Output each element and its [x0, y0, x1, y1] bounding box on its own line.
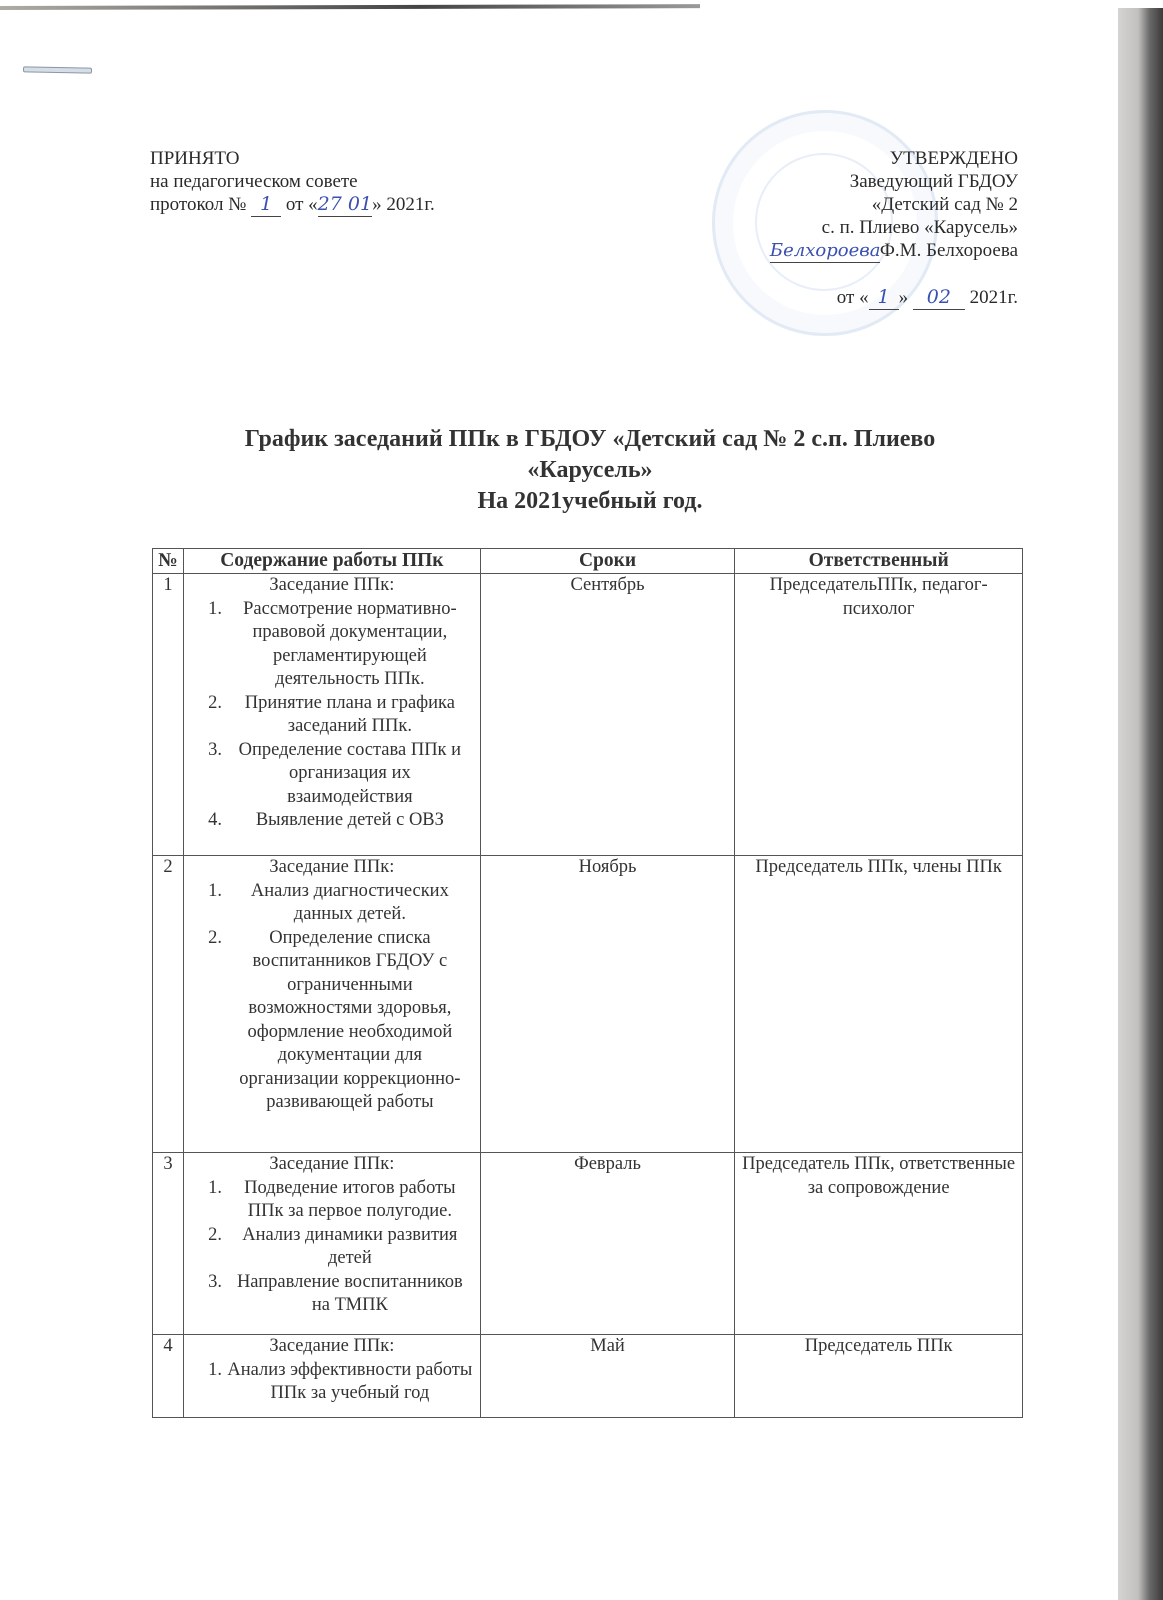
row-term: Ноябрь: [480, 856, 734, 1153]
row-content: Заседание ППк: Анализ эффективности рабо…: [183, 1335, 480, 1418]
list-item: Направление воспитанников на ТМПК: [226, 1271, 474, 1318]
protocol-date: 27 01: [318, 193, 372, 217]
table-row: 1 Заседание ППк: Рассмотрение нормативно…: [153, 574, 1023, 856]
scan-right-edge: [1118, 8, 1163, 1600]
approved-date: от «1» 02 2021г.: [770, 286, 1018, 310]
approved-month: 02: [913, 286, 965, 310]
document-title: График заседаний ППк в ГБДОУ «Детский са…: [150, 424, 1030, 517]
approved-position: Заведующий ГБДОУ: [770, 170, 1018, 193]
list-item: Анализ динамики развития детей: [226, 1224, 474, 1271]
list-item: Принятие плана и графика заседаний ППк.: [226, 692, 474, 739]
approved-location: с. п. Плиево «Карусель»: [770, 216, 1018, 239]
scan-top-edge: [0, 4, 700, 10]
approved-day: 1: [869, 286, 899, 310]
row-number: 3: [153, 1153, 184, 1335]
signature: Белхороева: [770, 239, 880, 263]
list-item: Определение состава ППк и организация их…: [226, 739, 474, 810]
header-number: №: [153, 549, 184, 574]
row-number: 1: [153, 574, 184, 856]
approved-block: УТВЕРЖДЕНО Заведующий ГБДОУ «Детский сад…: [770, 147, 1018, 310]
row-responsible: Председатель ППк, ответственные за сопро…: [735, 1153, 1023, 1335]
approved-heading: УТВЕРЖДЕНО: [770, 147, 1018, 170]
list-item: Подведение итогов работы ППк за первое п…: [226, 1177, 474, 1224]
header-term: Сроки: [480, 549, 734, 574]
row-content: Заседание ППк: Анализ диагностических да…: [183, 856, 480, 1153]
row-term: Февраль: [480, 1153, 734, 1335]
table-header-row: № Содержание работы ППк Сроки Ответствен…: [153, 549, 1023, 574]
row-responsible: ПредседательППк, педагог-психолог: [735, 574, 1023, 856]
approved-org: «Детский сад № 2: [770, 193, 1018, 216]
list-item: Анализ эффективности работы ППк за учебн…: [226, 1359, 474, 1406]
header-content: Содержание работы ППк: [183, 549, 480, 574]
meetings-schedule-table: № Содержание работы ППк Сроки Ответствен…: [152, 548, 1023, 1418]
row-responsible: Председатель ППк: [735, 1335, 1023, 1418]
table-row: 2 Заседание ППк: Анализ диагностических …: [153, 856, 1023, 1153]
list-item: Рассмотрение нормативно-правовой докумен…: [226, 598, 474, 692]
row-content: Заседание ППк: Рассмотрение нормативно-п…: [183, 574, 480, 856]
approved-signature-line: БелхороеваФ.М. Белхороева: [770, 239, 1018, 263]
header-responsible: Ответственный: [735, 549, 1023, 574]
row-term: Май: [480, 1335, 734, 1418]
accepted-protocol: протокол № 1 от «27 01» 2021г.: [150, 193, 435, 217]
row-responsible: Председатель ППк, члены ППк: [735, 856, 1023, 1153]
list-item: Выявление детей с ОВЗ: [226, 809, 474, 833]
accepted-heading: ПРИНЯТО: [150, 147, 435, 170]
table-row: 3 Заседание ППк: Подведение итогов работ…: [153, 1153, 1023, 1335]
row-term: Сентябрь: [480, 574, 734, 856]
row-number: 2: [153, 856, 184, 1153]
list-item: Анализ диагностических данных детей.: [226, 880, 474, 927]
staple-mark: [23, 66, 92, 73]
list-item: Определение списка воспитанников ГБДОУ с…: [226, 927, 474, 1115]
accepted-block: ПРИНЯТО на педагогическом совете протоко…: [150, 147, 435, 217]
protocol-number: 1: [251, 193, 281, 217]
accepted-line: на педагогическом совете: [150, 170, 435, 193]
table-row: 4 Заседание ППк: Анализ эффективности ра…: [153, 1335, 1023, 1418]
row-content: Заседание ППк: Подведение итогов работы …: [183, 1153, 480, 1335]
signer-name: Ф.М. Белхороева: [880, 240, 1018, 261]
row-number: 4: [153, 1335, 184, 1418]
